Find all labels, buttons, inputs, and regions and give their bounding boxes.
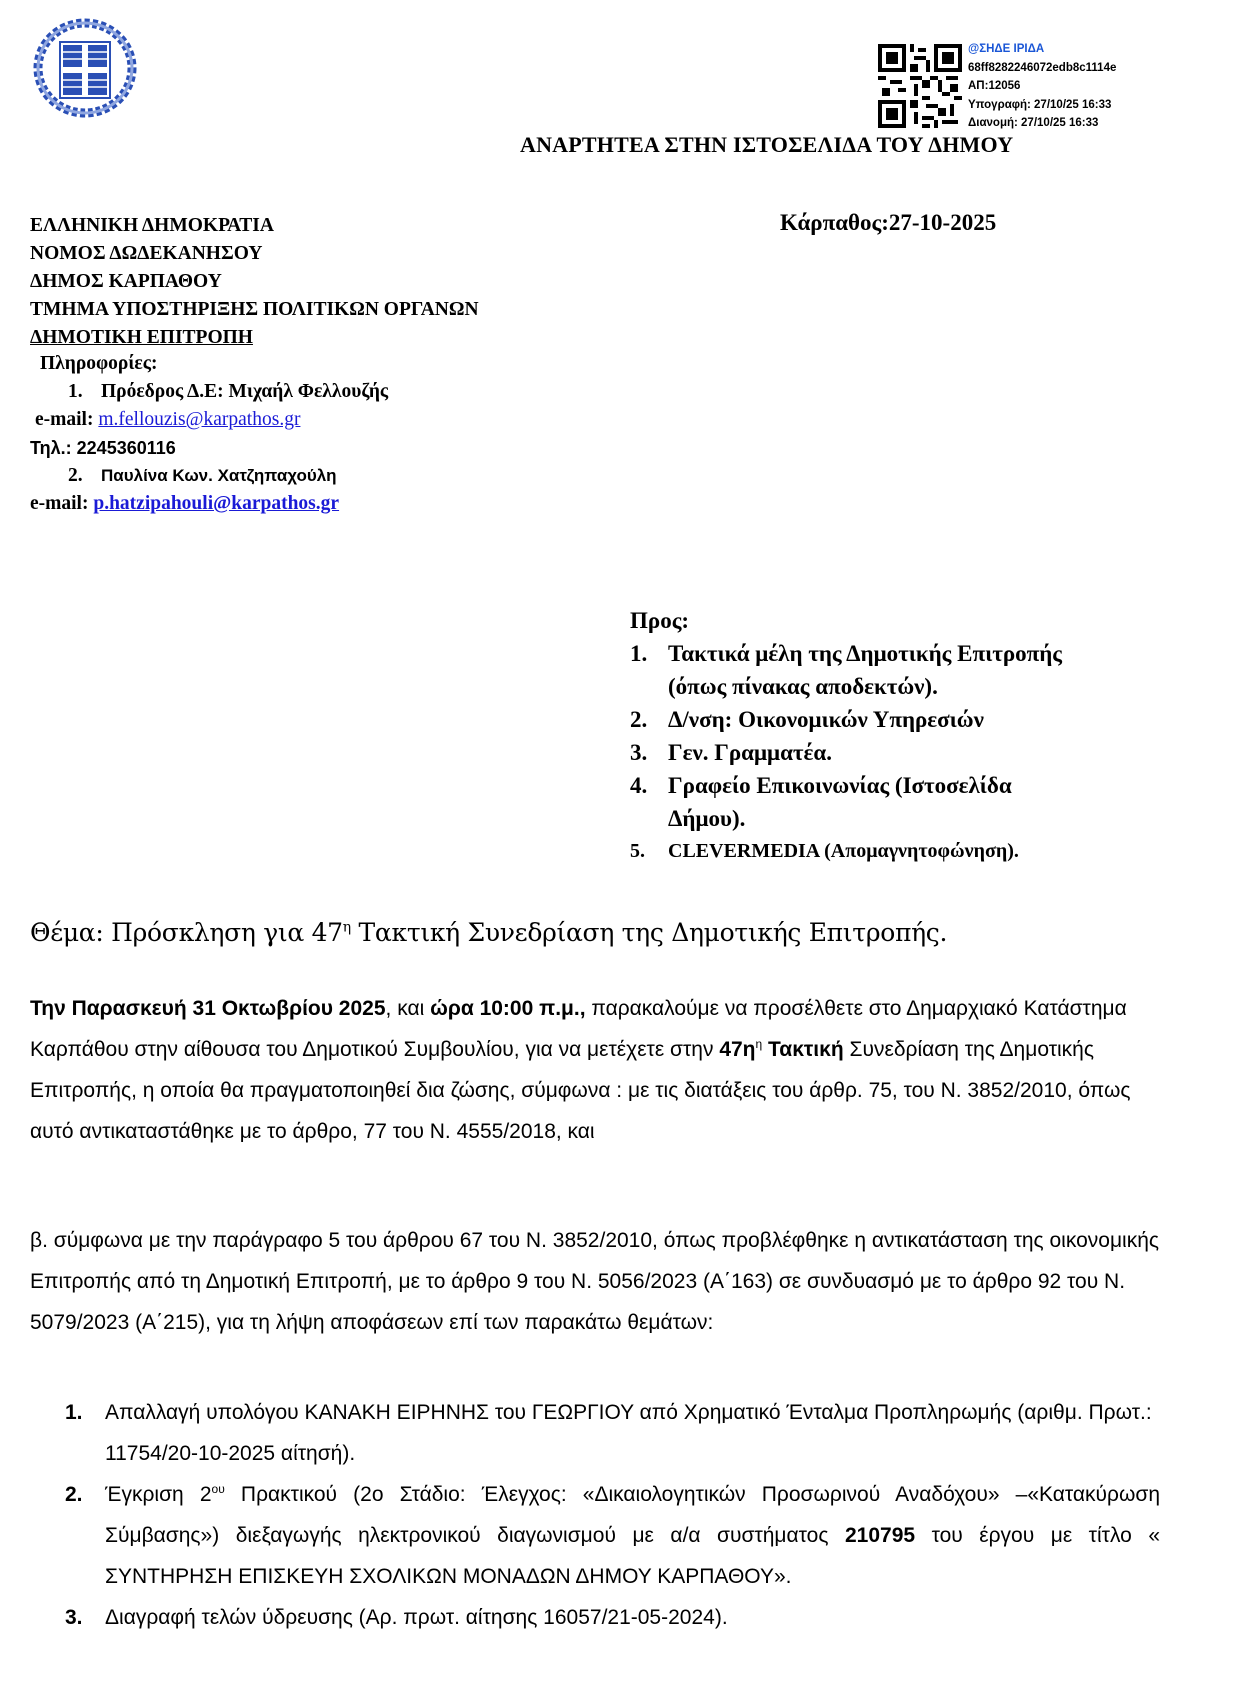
- recipient-item: 2.Δ/νση: Οικονομικών Υπηρεσιών: [630, 703, 1062, 736]
- place-date: Κάρπαθος:27-10-2025: [780, 210, 996, 236]
- recipient-item-cont: (όπως πίνακας αποδεκτών).: [630, 670, 1062, 703]
- contact-info: Πληροφορίες: 1.Πρόεδρος Δ.Ε: Μιχαήλ Φελλ…: [30, 350, 388, 518]
- email-link[interactable]: m.fellouzis@karpathos.gr: [98, 409, 300, 430]
- info-label: Πληροφορίες:: [30, 350, 388, 378]
- subject-line: Θέμα: Πρόσκληση για 47η Τακτική Συνεδρία…: [30, 918, 947, 947]
- contact-number: 2.: [68, 462, 101, 490]
- header-line: ΤΜΗΜΑ ΥΠΟΣΤΗΡΙΞΗΣ ΠΟΛΙΤΙΚΩΝ ΟΡΓΑΝΩΝ: [30, 296, 479, 324]
- stamp-hash: 68ff8282246072edb8c1114e: [968, 59, 1116, 78]
- email-label: e-mail:: [35, 409, 93, 430]
- recipient-item-cont: Δήμου).: [630, 802, 1062, 835]
- agenda-item: 3.Διαγραφή τελών ύδρευσης (Αρ. πρωτ. αίτ…: [65, 1597, 1160, 1638]
- recipient-item: 1.Τακτικά μέλη της Δημοτικής Επιτροπής: [630, 637, 1062, 670]
- body-paragraph: Την Παρασκευή 31 Οκτωβρίου 2025, και ώρα…: [30, 988, 1160, 1152]
- recipient-item: 3.Γεν. Γραμματέα.: [630, 736, 1062, 769]
- header-line: ΝΟΜΟΣ ΔΩΔΕΚΑΝΗΣΟΥ: [30, 240, 479, 268]
- digital-signature-stamp: @ΣΗΔΕ ΙΡΙΔΑ 68ff8282246072edb8c1114e ΑΠ:…: [968, 40, 1116, 133]
- stamp-signature: Υπογραφή: 27/10/25 16:33: [968, 96, 1116, 115]
- stamp-system: @ΣΗΔΕ ΙΡΙΔΑ: [968, 40, 1116, 59]
- stamp-distribution: Διανομή: 27/10/25 16:33: [968, 114, 1116, 133]
- greek-coat-of-arms-icon: [30, 18, 140, 118]
- recipient-item: 5.CLEVERMEDIA (Απομαγνητοφώνηση).: [630, 835, 1062, 868]
- email-link[interactable]: p.hatzipahouli@karpathos.gr: [93, 493, 339, 514]
- body-paragraph: β. σύμφωνα με την παράγραφο 5 του άρθρου…: [30, 1220, 1160, 1343]
- header-line: ΕΛΛΗΝΙΚΗ ΔΗΜΟΚΡΑΤΙΑ: [30, 212, 479, 240]
- phone: Τηλ.: 2245360116: [30, 434, 388, 462]
- contact-name: Παυλίνα Κων. Χατζηπαχούλη: [101, 466, 337, 485]
- header-line: ΔΗΜΟΣ ΚΑΡΠΑΘΟΥ: [30, 268, 479, 296]
- agenda-item: 2. Έγκριση 2ου Πρακτικού (2ο Στάδιο: Έλε…: [65, 1474, 1160, 1597]
- agenda-item: 1.Απαλλαγή υπολόγου ΚΑΝΑΚΗ ΕΙΡΗΝΗΣ του Γ…: [65, 1392, 1160, 1474]
- committee-name: ΔΗΜΟΤΙΚΗ ΕΠΙΤΡΟΠΗ: [30, 324, 479, 352]
- posting-note: ΑΝΑΡΤΗΤΕΑ ΣΤΗΝ ΙΣΤΟΣΕΛΙΔΑ ΤΟΥ ΔΗΜΟΥ: [520, 132, 1013, 158]
- recipients-label: Προς:: [630, 604, 1062, 637]
- contact-name: Πρόεδρος Δ.Ε: Μιχαήλ Φελλουζής: [101, 381, 388, 402]
- email-label: e-mail:: [30, 493, 88, 514]
- recipients-list: Προς: 1.Τακτικά μέλη της Δημοτικής Επιτρ…: [630, 604, 1062, 868]
- recipient-item: 4.Γραφείο Επικοινωνίας (Ιστοσελίδα: [630, 769, 1062, 802]
- stamp-protocol: ΑΠ:12056: [968, 77, 1116, 96]
- issuer-header: ΕΛΛΗΝΙΚΗ ΔΗΜΟΚΡΑΤΙΑ ΝΟΜΟΣ ΔΩΔΕΚΑΝΗΣΟΥ ΔΗ…: [30, 212, 479, 352]
- qr-code-icon: [878, 44, 962, 128]
- contact-number: 1.: [68, 378, 101, 406]
- agenda-topics: 1.Απαλλαγή υπολόγου ΚΑΝΑΚΗ ΕΙΡΗΝΗΣ του Γ…: [65, 1392, 1160, 1638]
